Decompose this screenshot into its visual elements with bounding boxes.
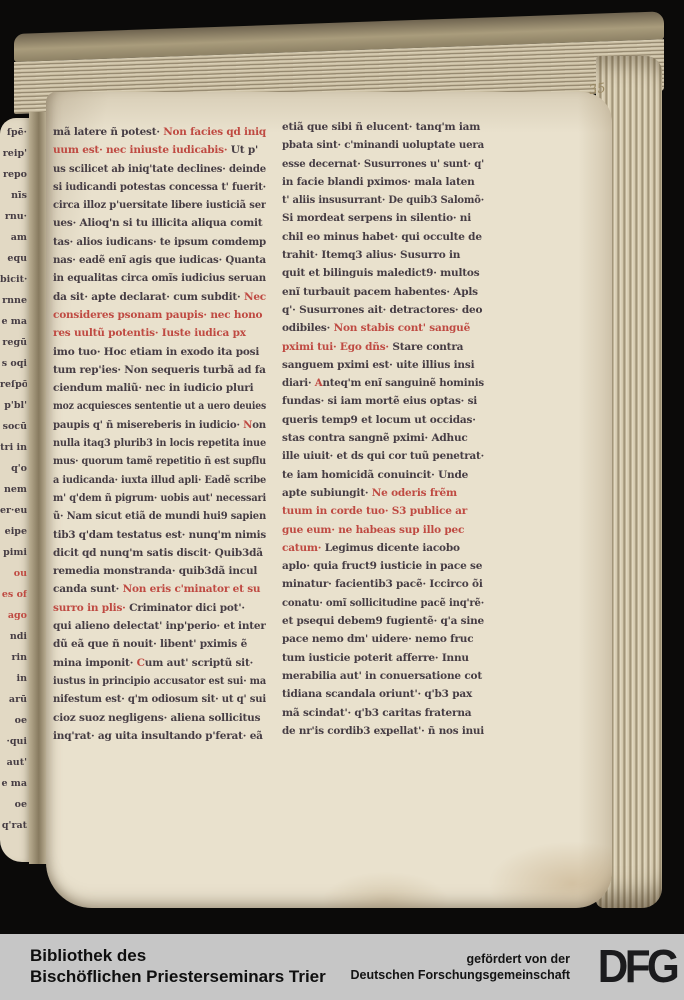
manuscript-line: odibiles· Non stabis cont' sanguẽ xyxy=(282,317,484,335)
manuscript-line: tas· alios iudicans· te ipsum comdemp xyxy=(53,231,266,249)
edge-text-fragment: rnu· xyxy=(0,206,27,227)
manuscript-line: paupis q' ñ misereberis in iudicio· Non xyxy=(53,414,266,432)
manuscript-line: gue eum· ne habeas sup illo pec xyxy=(282,519,484,537)
funding-line2: Deutschen Forschungsgemeinschaft xyxy=(351,967,571,983)
manuscript-line: m' q'dem ñ pigrum· uobis aut' necessari xyxy=(53,487,266,505)
manuscript-line: canda sunt· Non eris c'minator et su xyxy=(53,578,266,596)
edge-text-fragment: pimi xyxy=(0,542,27,563)
dfg-logo: DFG xyxy=(598,939,676,993)
manuscript-line: esse decernat· Susurrones u' sunt· q' xyxy=(282,153,484,171)
manuscript-line: Si mordeat serpens in silentio· ni xyxy=(282,207,484,225)
manuscript-line: pace nemo dm' uidere· nemo fruc xyxy=(282,628,484,646)
manuscript-line: tuum in corde tuo· S3 publice ar xyxy=(282,500,484,518)
edge-text-fragment: p'bl' xyxy=(0,395,27,416)
manuscript-line: tum iusticie poterit afferre· Innu xyxy=(282,647,484,665)
manuscript-line: surro in plis· Criminator dici pot'· xyxy=(53,597,266,615)
manuscript-line: da sit· apte declarat· cum subdit· Nec xyxy=(53,286,266,304)
manuscript-line: uum est· nec iniuste iudicabis· Ut p' xyxy=(53,139,266,157)
edge-text-fragment: equ xyxy=(0,248,27,269)
edge-text-fragment: nīs xyxy=(0,185,27,206)
manuscript-line: pximi tui· Ego dñs· Stare contra xyxy=(282,336,484,354)
manuscript-line: moz acquiesces sententie ut a uero deuie… xyxy=(53,395,266,413)
manuscript-line: quit et bilinguis maledict9· multos xyxy=(282,262,484,280)
manuscript-line: de nr'is cordib3 expellat'· ñ nos inui xyxy=(282,720,484,738)
footer-bar: Bibliothek des Bischöflichen Priestersem… xyxy=(0,934,684,1000)
edge-text-fragment: ndi xyxy=(0,626,27,647)
edge-text-fragment: oe xyxy=(0,710,27,731)
manuscript-line: nifestum est· q'm odiosum sit· ut q' sui xyxy=(53,688,266,706)
manuscript-line: minatur· facientib3 pacẽ· Iccirco õi xyxy=(282,573,484,591)
manuscript-line: a iudicanda· iuxta illud apli· Eadẽ scri… xyxy=(53,469,266,487)
manuscript-column-right: etiã que sibi ñ elucent· tanq'm iampbata… xyxy=(282,116,484,744)
library-line2: Bischöflichen Priesterseminars Trier xyxy=(30,966,326,987)
edge-text-fragment: arū xyxy=(0,689,27,710)
manuscript-line: tidiana scandala oriunt'· q'b3 pax xyxy=(282,683,484,701)
manuscript-line: nulla itaq3 plurib3 in locis repetita in… xyxy=(53,432,266,450)
edge-text-fragment: nem xyxy=(0,479,27,500)
edge-text-fragment: oe xyxy=(0,794,27,815)
funding-credit: gefördert von der Deutschen Forschungsge… xyxy=(351,951,571,984)
manuscript-line: chil eo minus habet· qui occulte de xyxy=(282,226,484,244)
manuscript-line: mã latere ñ potest· Non facies qd iniq xyxy=(53,121,266,139)
edge-text-fragment: s oqi xyxy=(0,353,27,374)
edge-text-fragment: reip' xyxy=(0,143,27,164)
edge-text-fragment: ago xyxy=(0,605,27,626)
manuscript-column-left: mã latere ñ potest· Non facies qd iniquu… xyxy=(53,121,266,747)
manuscript-line: remedia monstranda· quib3dã incul xyxy=(53,560,266,578)
manuscript-line: q'· Susurrones ait· detractores· deo xyxy=(282,299,484,317)
funding-line1: gefördert von der xyxy=(351,951,571,967)
manuscript-line: imo tuo· Hoc etiam in exodo ita posi xyxy=(53,341,266,359)
manuscript-line: ues· Alioq'n si tu illicita aliqua comit xyxy=(53,212,266,230)
edge-text-fragment: am xyxy=(0,227,27,248)
manuscript-line: fundas· si iam mortẽ eius optas· si xyxy=(282,390,484,408)
edge-text-fragment: repo xyxy=(0,164,27,185)
library-line1: Bibliothek des xyxy=(30,945,326,966)
edge-text-fragment: bicit· xyxy=(0,269,27,290)
edge-text-fragment: tri in xyxy=(0,437,27,458)
manuscript-line: aplo· quia fruct9 iusticie in pace se xyxy=(282,555,484,573)
edge-text-fragment: aut' xyxy=(0,752,27,773)
manuscript-line: consideres psonam paupis· nec hono xyxy=(53,304,266,322)
manuscript-line: dũ eã que ñ nouit· libent' pximis ẽ xyxy=(53,633,266,651)
manuscript-line: sanguem pximi est· uite illius insi xyxy=(282,354,484,372)
edge-text-fragment: ·qui xyxy=(0,731,27,752)
edge-text-fragment: rnne xyxy=(0,290,27,311)
manuscript-line: dicit qd nunq'm satis discit· Quib3dã xyxy=(53,542,266,560)
edge-text-fragment: reſpō xyxy=(0,374,27,395)
manuscript-line: merabilia aut' in conuersatione cot xyxy=(282,665,484,683)
manuscript-line: nas· eadẽ enĩ agis que iudicas· Quanta xyxy=(53,249,266,267)
manuscript-line: catum· Legimus dicente iacobo xyxy=(282,537,484,555)
manuscript-line: mã scindat'· q'b3 caritas fraterna xyxy=(282,702,484,720)
manuscript-line: mina imponit· Cum aut' scriptũ sit· xyxy=(53,652,266,670)
manuscript-line: diari· Anteq'm enĩ sanguinẽ hominis xyxy=(282,372,484,390)
page-number: 35 xyxy=(588,81,607,98)
manuscript-line: trahit· Itemq3 alius· Susurro in xyxy=(282,244,484,262)
manuscript-line: cioz suoz negligens· aliena sollicitus xyxy=(53,707,266,725)
manuscript-line: conatu· omĩ sollicitudine pacẽ inq'rẽ· xyxy=(282,592,484,610)
manuscript-line: tum rep'ies· Non sequeris turbã ad fa xyxy=(53,359,266,377)
manuscript-line: t' aliis insusurrant· De quib3 Salomõ· xyxy=(282,189,484,207)
manuscript-line: circa illoz p'uersitate libere iusticiã … xyxy=(53,194,266,212)
manuscript-line: si iudicandi potestas concessa t' fuerit… xyxy=(53,176,266,194)
manuscript-line: stas contra sangnẽ pximi· Adhuc xyxy=(282,427,484,445)
edge-text-fragment: er·eu xyxy=(0,500,27,521)
edge-text-fragment: regū xyxy=(0,332,27,353)
previous-page-edge: ſpē·reip'reponīsrnu·amequbicit·rnnee mar… xyxy=(0,118,30,862)
edge-text-fragment: ou xyxy=(0,563,27,584)
manuscript-line: ciendum maliũ· nec in iudicio pluri xyxy=(53,377,266,395)
manuscript-line: res uultũ potentis· Iuste iudica px xyxy=(53,322,266,340)
manuscript-line: ille uiuit· et ds qui cor tuũ penetrat· xyxy=(282,445,484,463)
manuscript-line: mus· quorum tamẽ repetitio ñ est supflu xyxy=(53,450,266,468)
manuscript-line: tib3 q'dam testatus est· nunq'm nimis xyxy=(53,524,266,542)
manuscript-line: inq'rat· ag uita insultando p'ferat· eã xyxy=(53,725,266,743)
manuscript-line: et psequi debem9 fugientẽ· q'a sine xyxy=(282,610,484,628)
manuscript-line: in equalitas circa omĩs iudicius seruan xyxy=(53,267,266,285)
manuscript-line: us scilicet ab iniq'tate declines· deind… xyxy=(53,158,266,176)
manuscript-line: enĩ turbauit pacem habentes· Apls xyxy=(282,281,484,299)
manuscript-line: etiã que sibi ñ elucent· tanq'm iam xyxy=(282,116,484,134)
previous-page-edge-text: ſpē·reip'reponīsrnu·amequbicit·rnnee mar… xyxy=(0,118,30,836)
manuscript-line: te iam homicidã conuincit· Unde xyxy=(282,464,484,482)
edge-text-fragment: q'rat xyxy=(0,815,27,836)
edge-text-fragment: es of xyxy=(0,584,27,605)
manuscript-line: qui alieno delectat' inp'perio· et inter xyxy=(53,615,266,633)
manuscript-line: pbata sint· c'minandi uoluptate uera xyxy=(282,134,484,152)
edge-text-fragment: rin xyxy=(0,647,27,668)
manuscript-line: queris temp9 et locum ut occidas· xyxy=(282,409,484,427)
manuscript-scan-photo: ſpē·reip'reponīsrnu·amequbicit·rnnee mar… xyxy=(0,0,684,1000)
manuscript-line: in facie blandi pximos· mala laten xyxy=(282,171,484,189)
edge-text-fragment: ſpē· xyxy=(0,122,27,143)
edge-text-fragment: e ma xyxy=(0,311,27,332)
library-name: Bibliothek des Bischöflichen Priestersem… xyxy=(30,945,326,987)
manuscript-line: ũ· Nam sicut etiã de mundi hui9 sapien xyxy=(53,505,266,523)
manuscript-line: iustus in principio accusator est sui· m… xyxy=(53,670,266,688)
edge-text-fragment: eipe xyxy=(0,521,27,542)
manuscript-line: apte subiungit· Ne oderis frẽm xyxy=(282,482,484,500)
edge-text-fragment: in xyxy=(0,668,27,689)
edge-text-fragment: q'o xyxy=(0,458,27,479)
edge-text-fragment: socū xyxy=(0,416,27,437)
edge-text-fragment: e ma xyxy=(0,773,27,794)
